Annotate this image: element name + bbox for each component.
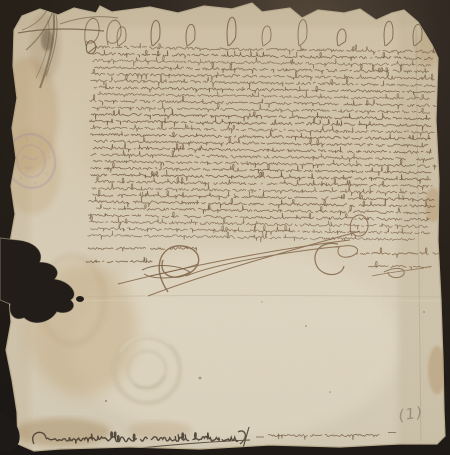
paper-grain [0, 0, 450, 455]
torn-speck [76, 296, 84, 302]
manuscript-photo: (1) [0, 0, 450, 455]
manuscript-photo-canvas: (1) [0, 0, 450, 455]
